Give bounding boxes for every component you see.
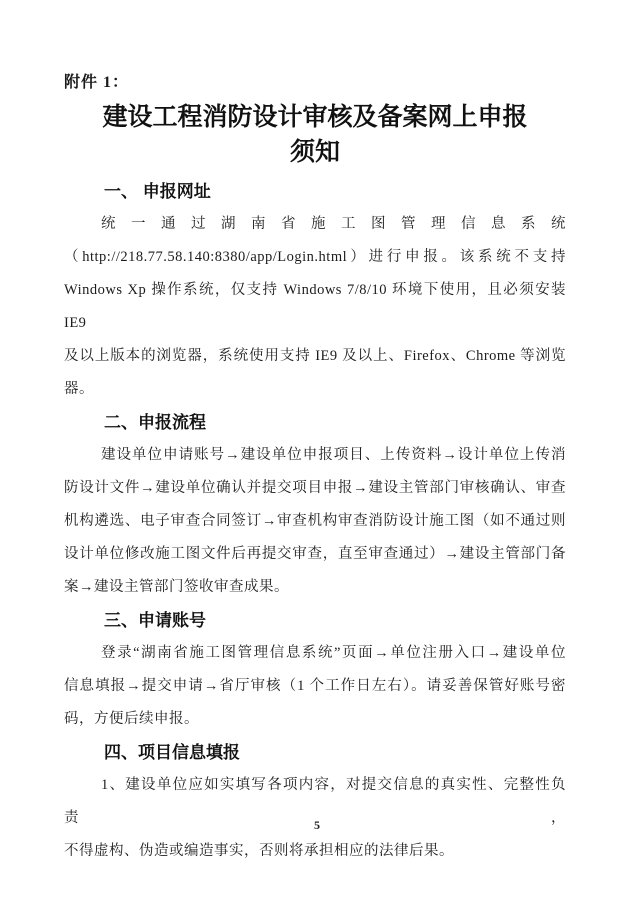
section-heading-1: 一、 申报网址 — [64, 175, 566, 208]
section-application-process: 二、申报流程 建设单位申请账号→建设单位申报项目、上传资料→设计单位上传消 防设… — [64, 406, 566, 604]
text-line: 建设单位申请账号→建设单位申报项目、上传资料→设计单位上传消 — [64, 439, 566, 472]
page-number: 5 — [0, 818, 634, 833]
section-project-info: 四、项目信息填报 1、建设单位应如实填写各项内容，对提交信息的真实性、完整性负责… — [64, 736, 566, 868]
document-body: 一、 申报网址 统一通过湖南省施工图管理信息系统 （http://218.77.… — [64, 175, 566, 868]
section-account-request: 三、申请账号 登录“湖南省施工图管理信息系统”页面→单位注册入口→建设单位 信息… — [64, 604, 566, 736]
text-line: 信息填报→提交申请→省厅审核（1 个工作日左右）。请妥善保管好账号密 — [64, 670, 566, 703]
attachment-label: 附件 1： — [64, 68, 566, 98]
text-line: 登录“湖南省施工图管理信息系统”页面→单位注册入口→建设单位 — [64, 637, 566, 670]
section-heading-2: 二、申报流程 — [64, 406, 566, 439]
document-title-line2: 须知 — [64, 135, 566, 170]
text-line: 设计单位修改施工图文件后再提交审查，直至审查通过）→建设主管部门备 — [64, 538, 566, 571]
text-line: 案→建设主管部门签收审查成果。 — [64, 571, 566, 604]
text-line: 器。 — [64, 373, 566, 406]
section-heading-3: 三、申请账号 — [64, 604, 566, 637]
document-title-line1: 建设工程消防设计审核及备案网上申报 — [64, 100, 566, 135]
document-page: 附件 1： 建设工程消防设计审核及备案网上申报 须知 一、 申报网址 统一通过湖… — [0, 0, 634, 898]
text-line: 码，方便后续申报。 — [64, 703, 566, 736]
text-line: 统一通过湖南省施工图管理信息系统 — [64, 208, 566, 241]
document-title: 建设工程消防设计审核及备案网上申报 须知 — [64, 100, 566, 170]
text-line: 不得虚构、伪造或编造事实，否则将承担相应的法律后果。 — [64, 835, 566, 868]
section-application-url: 一、 申报网址 统一通过湖南省施工图管理信息系统 （http://218.77.… — [64, 175, 566, 406]
text-line-with-url: （http://218.77.58.140:8380/app/Login.htm… — [64, 241, 566, 274]
text-line: 防设计文件→建设单位确认并提交项目申报→建设主管部门审核确认、审查 — [64, 472, 566, 505]
section-heading-4: 四、项目信息填报 — [64, 736, 566, 769]
text-line: 机构遴选、电子审查合同签订→审查机构审查消防设计施工图（如不通过则 — [64, 505, 566, 538]
text-line: 及以上版本的浏览器，系统使用支持 IE9 及以上、Firefox、Chrome … — [64, 340, 566, 373]
text-line: Windows Xp 操作系统，仅支持 Windows 7/8/10 环境下使用… — [64, 274, 566, 340]
